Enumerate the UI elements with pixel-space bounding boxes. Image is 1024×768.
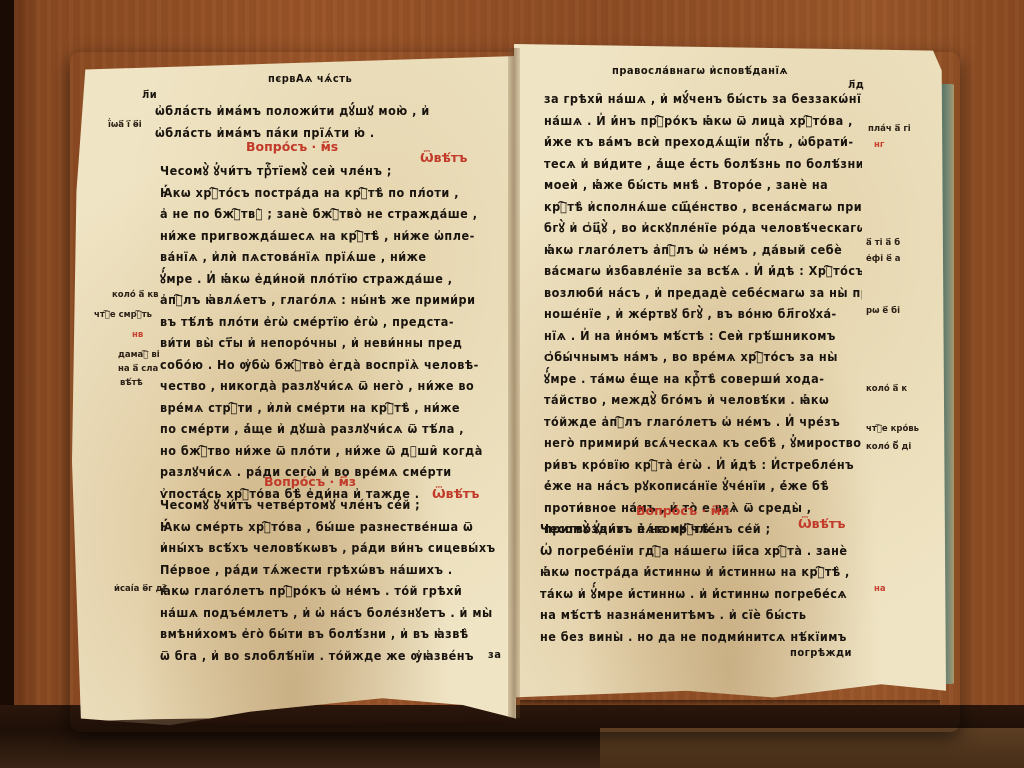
text-line: ꙗ҆́кѡ глаго́летъ а҆пⷭ҇лъ ѡ҆ не́мъ , да́в…	[544, 239, 862, 261]
margin-note: коло́ б҃ ді	[866, 442, 911, 452]
text-line: но бжⷭ҇тво ни́же ѿ пло́ти , ни́же ѿ дꙋши…	[160, 440, 500, 462]
margin-note: рѡ е҃ бі	[866, 306, 900, 316]
margin-note: ї҆ѡа҃ і҃ ѳ҃і	[108, 120, 142, 130]
left-running-head: пєрвАѧ чѧ́сть	[268, 72, 352, 85]
question-heading-48: Вопро́съ · м҃и	[636, 503, 730, 518]
text-line: собо́ю . Но ѹ҆бѡ̀ бжⷭ҇тво̀ е҆гда̀ воспрї…	[160, 354, 500, 376]
text-line: Ꙗ҆́кѡ сме́рть хрⷭ҇то́ва , бы́ше разнеств…	[160, 516, 500, 538]
text-line: по сме́рти , а҆́ще и҆ дꙋша̀ разлꙋчи́сѧ ѿ…	[160, 418, 500, 440]
text-line: на́шѧ . И҆ и҆́нъ прⷪ҇ро́къ ꙗ҆́кѡ ѿ лица̀…	[544, 110, 862, 132]
text-line: ѻ҆бы́чнымъ на́мъ , во вре́мѧ хрⷭ҇то́съ з…	[544, 346, 862, 368]
text-line: ви́ти вы̀ ст҃ы и҆ непоро́чны , и҆ неви́н…	[160, 332, 500, 354]
text-line: не без вины̀ . но да не подми́нитсѧ нѣ́к…	[540, 626, 862, 648]
text-line: ꙗ҆́кѡ постра́да и҆́стиннѡ и҆ и҆́стиннѡ н…	[540, 561, 862, 583]
text-line: и҆ны́хъ всѣ́хъ человѣ́кѡвъ , ра́ди ви́нъ…	[160, 537, 500, 559]
text-line: него̀ примири́ всѧ́ческаѧ къ себѣ̀ , ꙋ҆м…	[544, 432, 862, 454]
text-line: на́шѧ подъе́млетъ , и҆ ѡ҆ на́съ боле́знꙋ…	[160, 602, 500, 624]
question-number: м҃ѕ	[321, 139, 339, 154]
text-line: та́йство , междꙋ̀ бго́мъ и҆ человѣ́ки . …	[544, 389, 862, 411]
question-heading-47: Вопро́съ · м҃з	[264, 474, 356, 489]
text-line: вмѣни́хомъ е҆го̀ бы́ти въ болѣ́зни , и҆ …	[160, 623, 500, 645]
text-line: возлюби́ на́съ , и҆ предадѐ себе́смагѡ з…	[544, 282, 862, 304]
text-line: е҆́же на на́съ рꙋкописа́нїе ꙋ҆че́нїи , е…	[544, 475, 862, 497]
text-line: въ тѣ́лѣ пло́ти е҆гѡ̀ сме́ртїю е҆гѡ̀ , п…	[160, 311, 500, 333]
text-line: крⷭ҇тѣ̀ и҆сполнѧ́ше сщ҃е́нство , всена́с…	[544, 196, 862, 218]
text-line: бгꙋ̀ и҆ ѻ҆ц҃ꙋ̀ , во и҆скꙋпле́нїе ро́да ч…	[544, 217, 862, 239]
text-line: ꙋ҆́мре . И҆ ꙗ҆́кѡ е҆ди́ной пло́тїю страж…	[160, 268, 500, 290]
left-page-burnt-edge	[80, 718, 520, 728]
margin-note: вѣ́тѣ	[120, 378, 143, 388]
margin-note: е҆фі е҃ а	[866, 254, 901, 264]
text-line: нїѧ . И҆ на и҆но́мъ мѣ́стѣ : Сеѝ грѣ́шни…	[544, 325, 862, 347]
right-body-2: Чесомꙋ̀ ꙋ҆чи́тъ пѧ́томꙋ члéнъ се́й ; Ѡ҆ …	[540, 518, 862, 647]
text-line: вре́мѧ стрⷭ҇ти , и҆лѝ сме́рти на крⷭ҇тѣ̀…	[160, 397, 500, 419]
left-top-lines: ѡ҆блáсть и҆мáмъ положи́ти дꙋ́шꙋ мою̀ , и…	[155, 100, 430, 143]
text-line: ни́же пригвожда́шесѧ на крⷭ҇тѣ̀ , ни́же …	[160, 225, 500, 247]
margin-note: и҆саі́а ѳ҃г дї	[114, 584, 165, 594]
right-page-burnt-edge	[520, 700, 940, 708]
question-label: Вопро́съ	[264, 474, 325, 489]
text-line: а҆пⷭ҇лъ ꙗ҆влѧ́етъ , глаго́лѧ : ны́нѣ же …	[160, 289, 500, 311]
text-line: Чесомꙋ̀ ꙋ҆чи́тъ четве́ртомꙋ члéнъ се́й ;	[160, 494, 500, 516]
margin-note: нв	[132, 330, 143, 340]
text-line: Чесомꙋ̀ ꙋ҆чи́тъ пѧ́томꙋ члéнъ се́й ;	[540, 518, 862, 540]
table-surface-reflection	[600, 728, 1024, 768]
margin-note: нг	[874, 140, 884, 150]
margin-note: пла́ч а҃ гі	[868, 124, 911, 134]
text-line: а҆ не по бжⷭ҇твꙋ̀ ; занѐ бжⷭ҇тво̀ не стр…	[160, 203, 500, 225]
text-line: Ѡ҆ погребе́нїи гдⷭ҇а на́шегѡ і҆и҃са хрⷭ҇…	[540, 540, 862, 562]
text-line: за грѣхи̑ на́шѧ , и҆ мꙋ́ченъ бы́сть за б…	[544, 88, 862, 110]
margin-note: на	[874, 584, 886, 594]
question-label: Вопро́съ	[246, 139, 307, 154]
text-line: ѡ҆блáсть и҆мáмъ положи́ти дꙋ́шꙋ мою̀ , и…	[155, 100, 430, 122]
text-line: ва́нїѧ , и҆лѝ пѧстова́нїѧ прїѧ́ше , ни́ж…	[160, 246, 500, 268]
right-catchword: погрѣжди	[790, 646, 852, 659]
text-line: ꙗ҆́кѡ глаго́летъ прⷪ҇ро́къ ѡ҆ не́мъ . то…	[160, 580, 500, 602]
margin-note: чтⷭ҇е кро́вь	[866, 424, 919, 434]
margin-note: дамаⷭ҇ ві	[118, 350, 160, 360]
text-line: ва́смагѡ и҆збавле́нїе за всѣ́ѧ . И҆ и҆́д…	[544, 260, 862, 282]
text-line: ноше́нїе , и҆ же́ртвꙋ бгꙋ̀ , въ во́ню бл…	[544, 303, 862, 325]
book-gutter	[508, 48, 520, 718]
text-line: Чесомꙋ̀ ꙋ҆чи́тъ трⷭ҇тїемꙋ̀ сеѝ чле́нъ ;	[160, 160, 500, 182]
text-line: ри́въ кро́вїю крⷭ҇та̀ е҆гѡ̀ . И҆ и҆́дѣ :…	[544, 454, 862, 476]
text-line: Пе́рвое , ра́ди тѧ́жести грѣхѡ́въ на́ших…	[160, 559, 500, 581]
right-running-head: правосла́внагѡ и҆сповѣ́данїѧ	[612, 64, 788, 77]
text-line: моеѝ , ꙗ҆́же бы́сть мнѣ̀ . Второ́е , зан…	[544, 174, 862, 196]
question-number: м҃и	[711, 503, 730, 518]
text-line: тесѧ и҆ ви́дите , а҆́ще е҆́сть болѣ́знь …	[544, 153, 862, 175]
question-label: Вопро́съ	[636, 503, 697, 518]
shadow-edge	[0, 0, 14, 768]
left-catchword: за	[488, 648, 501, 661]
text-line: та́кѡ и҆ ꙋ҆́мре и҆́стиннѡ . и҆ и҆́стиннѡ…	[540, 583, 862, 605]
right-body-1: за грѣхи̑ на́шѧ , и҆ мꙋ́ченъ бы́сть за б…	[544, 88, 862, 540]
left-body-1: Чесомꙋ̀ ꙋ҆чи́тъ трⷭ҇тїемꙋ̀ сеѝ чле́нъ ; …	[160, 160, 500, 504]
margin-note: на а҃ сла	[118, 364, 158, 374]
text-line: ꙋ҆́мре . та́мѡ е҆́ще на крⷭ҇тѣ̀ соверши́…	[544, 368, 862, 390]
text-line: чество , никогда̀ разлꙋчи́сѧ ѿ него̀ , н…	[160, 375, 500, 397]
margin-note: коло́ а҃ кв	[112, 290, 158, 300]
text-line: Ꙗ҆́кѡ хрⷭ҇то́съ постра́да на крⷭ҇тѣ̀ по …	[160, 182, 500, 204]
text-line: и҆́же къ ва́мъ всѝ преходѧ́щїи пꙋ́ть , ѡ…	[544, 131, 862, 153]
question-number: м҃з	[339, 474, 356, 489]
text-line: то́йжде а҆пⷭ҇лъ глаго́летъ ѡ҆ не́мъ . И҆…	[544, 411, 862, 433]
text-line: ѿ бга , и҆ во ѕлоблѣ́нїи . то́йжде же ѹ҆…	[160, 645, 500, 667]
left-body-2: Чесомꙋ̀ ꙋ҆чи́тъ четве́ртомꙋ члéнъ се́й ;…	[160, 494, 500, 666]
margin-note: чтⷭ҇е смрⷭ҇ть	[94, 310, 152, 320]
margin-note: коло́ а҃ к	[866, 384, 907, 394]
margin-note: а҃ ті а҃ б	[866, 238, 900, 248]
question-heading-46: Вопро́съ · м҃ѕ	[246, 139, 338, 154]
text-line: на мѣ́стѣ назна́менитѣмъ . и҆ сїѐ бы́сть	[540, 604, 862, 626]
